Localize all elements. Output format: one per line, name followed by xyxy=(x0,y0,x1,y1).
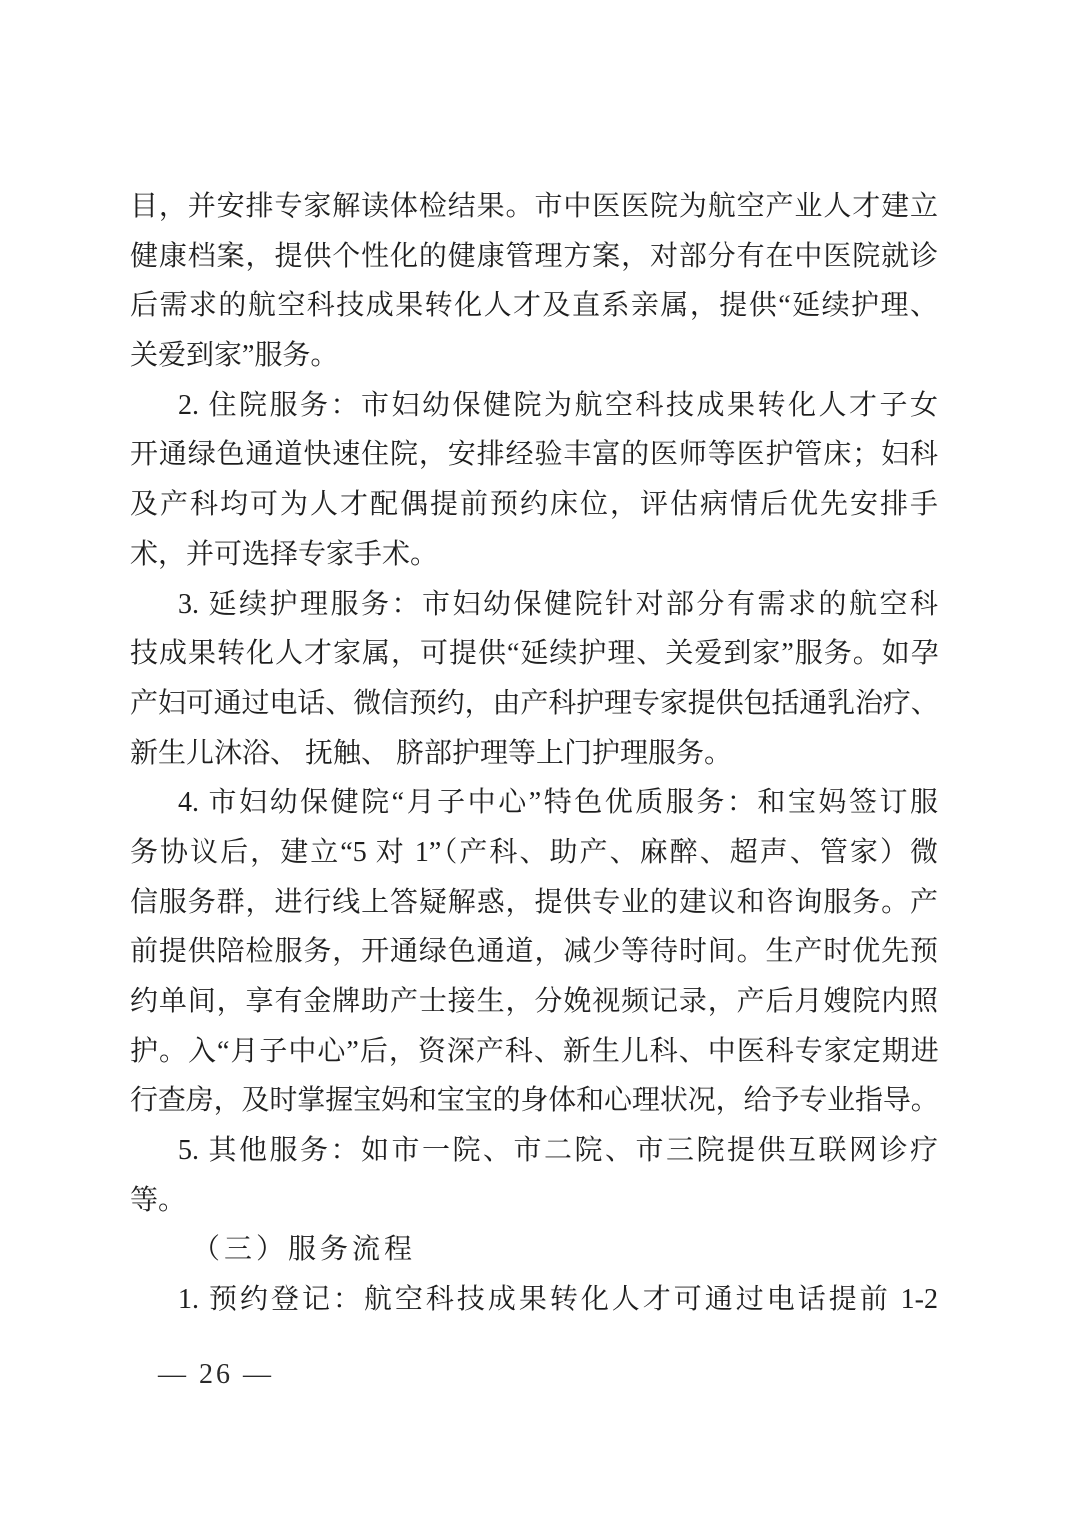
document-line-item-5: 5. 其他服务：如市一院、市二院、市三院提供互联网诊疗 xyxy=(130,1126,938,1176)
document-line: 技成果转化人才家属，可提供“延续护理、关爱到家”服务。如孕 xyxy=(130,629,938,679)
document-line-item-1: 1. 预约登记：航空科技成果转化人才可通过电话提前 1-2 xyxy=(130,1275,938,1325)
document-line-item-2: 2. 住院服务：市妇幼保健院为航空科技成果转化人才子女 xyxy=(130,381,938,431)
page-number: — 26 — xyxy=(158,1353,274,1397)
document-line: 护。入“月子中心”后，资深产科、新生儿科、中医科专家定期进 xyxy=(130,1027,938,1077)
document-line: 约单间，享有金牌助产士接生，分娩视频记录，产后月嫂院内照 xyxy=(130,977,938,1027)
document-line: 新生儿沐浴、 抚触、 脐部护理等上门护理服务。 xyxy=(130,729,938,779)
document-line: 后需求的航空科技成果转化人才及直系亲属，提供“延续护理、 xyxy=(130,281,938,331)
document-line: 及产科均可为人才配偶提前预约床位，评估病情后优先安排手 xyxy=(130,480,938,530)
document-line: 关爱到家”服务。 xyxy=(130,331,938,381)
document-line: 产妇可通过电话、微信预约，由产科护理专家提供包括通乳治疗、 xyxy=(130,679,938,729)
document-line-item-4: 4. 市妇幼保健院“月子中心”特色优质服务：和宝妈签订服 xyxy=(130,778,938,828)
document-line: 信服务群，进行线上答疑解惑，提供专业的建议和咨询服务。产 xyxy=(130,878,938,928)
document-line: 目，并安排专家解读体检结果。市中医医院为航空产业人才建立 xyxy=(130,182,938,232)
document-line: 前提供陪检服务，开通绿色通道，减少等待时间。生产时优先预 xyxy=(130,927,938,977)
document-line: 开通绿色通道快速住院，安排经验丰富的医师等医护管床；妇科 xyxy=(130,430,938,480)
document-line: 健康档案，提供个性化的健康管理方案，对部分有在中医院就诊 xyxy=(130,232,938,282)
document-line: 行查房，及时掌握宝妈和宝宝的身体和心理状况，给予专业指导。 xyxy=(130,1076,938,1126)
document-line: 等。 xyxy=(130,1176,938,1226)
document-page: 目，并安排专家解读体检结果。市中医医院为航空产业人才建立 健康档案，提供个性化的… xyxy=(0,0,1074,1520)
document-line-item-3: 3. 延续护理服务：市妇幼保健院针对部分有需求的航空科 xyxy=(130,580,938,630)
document-line: 务协议后，建立“5 对 1”（产科、助产、麻醉、超声、管家）微 xyxy=(130,828,938,878)
document-text-block: 目，并安排专家解读体检结果。市中医医院为航空产业人才建立 健康档案，提供个性化的… xyxy=(130,182,938,1325)
document-line: 术，并可选择专家手术。 xyxy=(130,530,938,580)
section-heading: （三）服务流程 xyxy=(130,1225,938,1275)
